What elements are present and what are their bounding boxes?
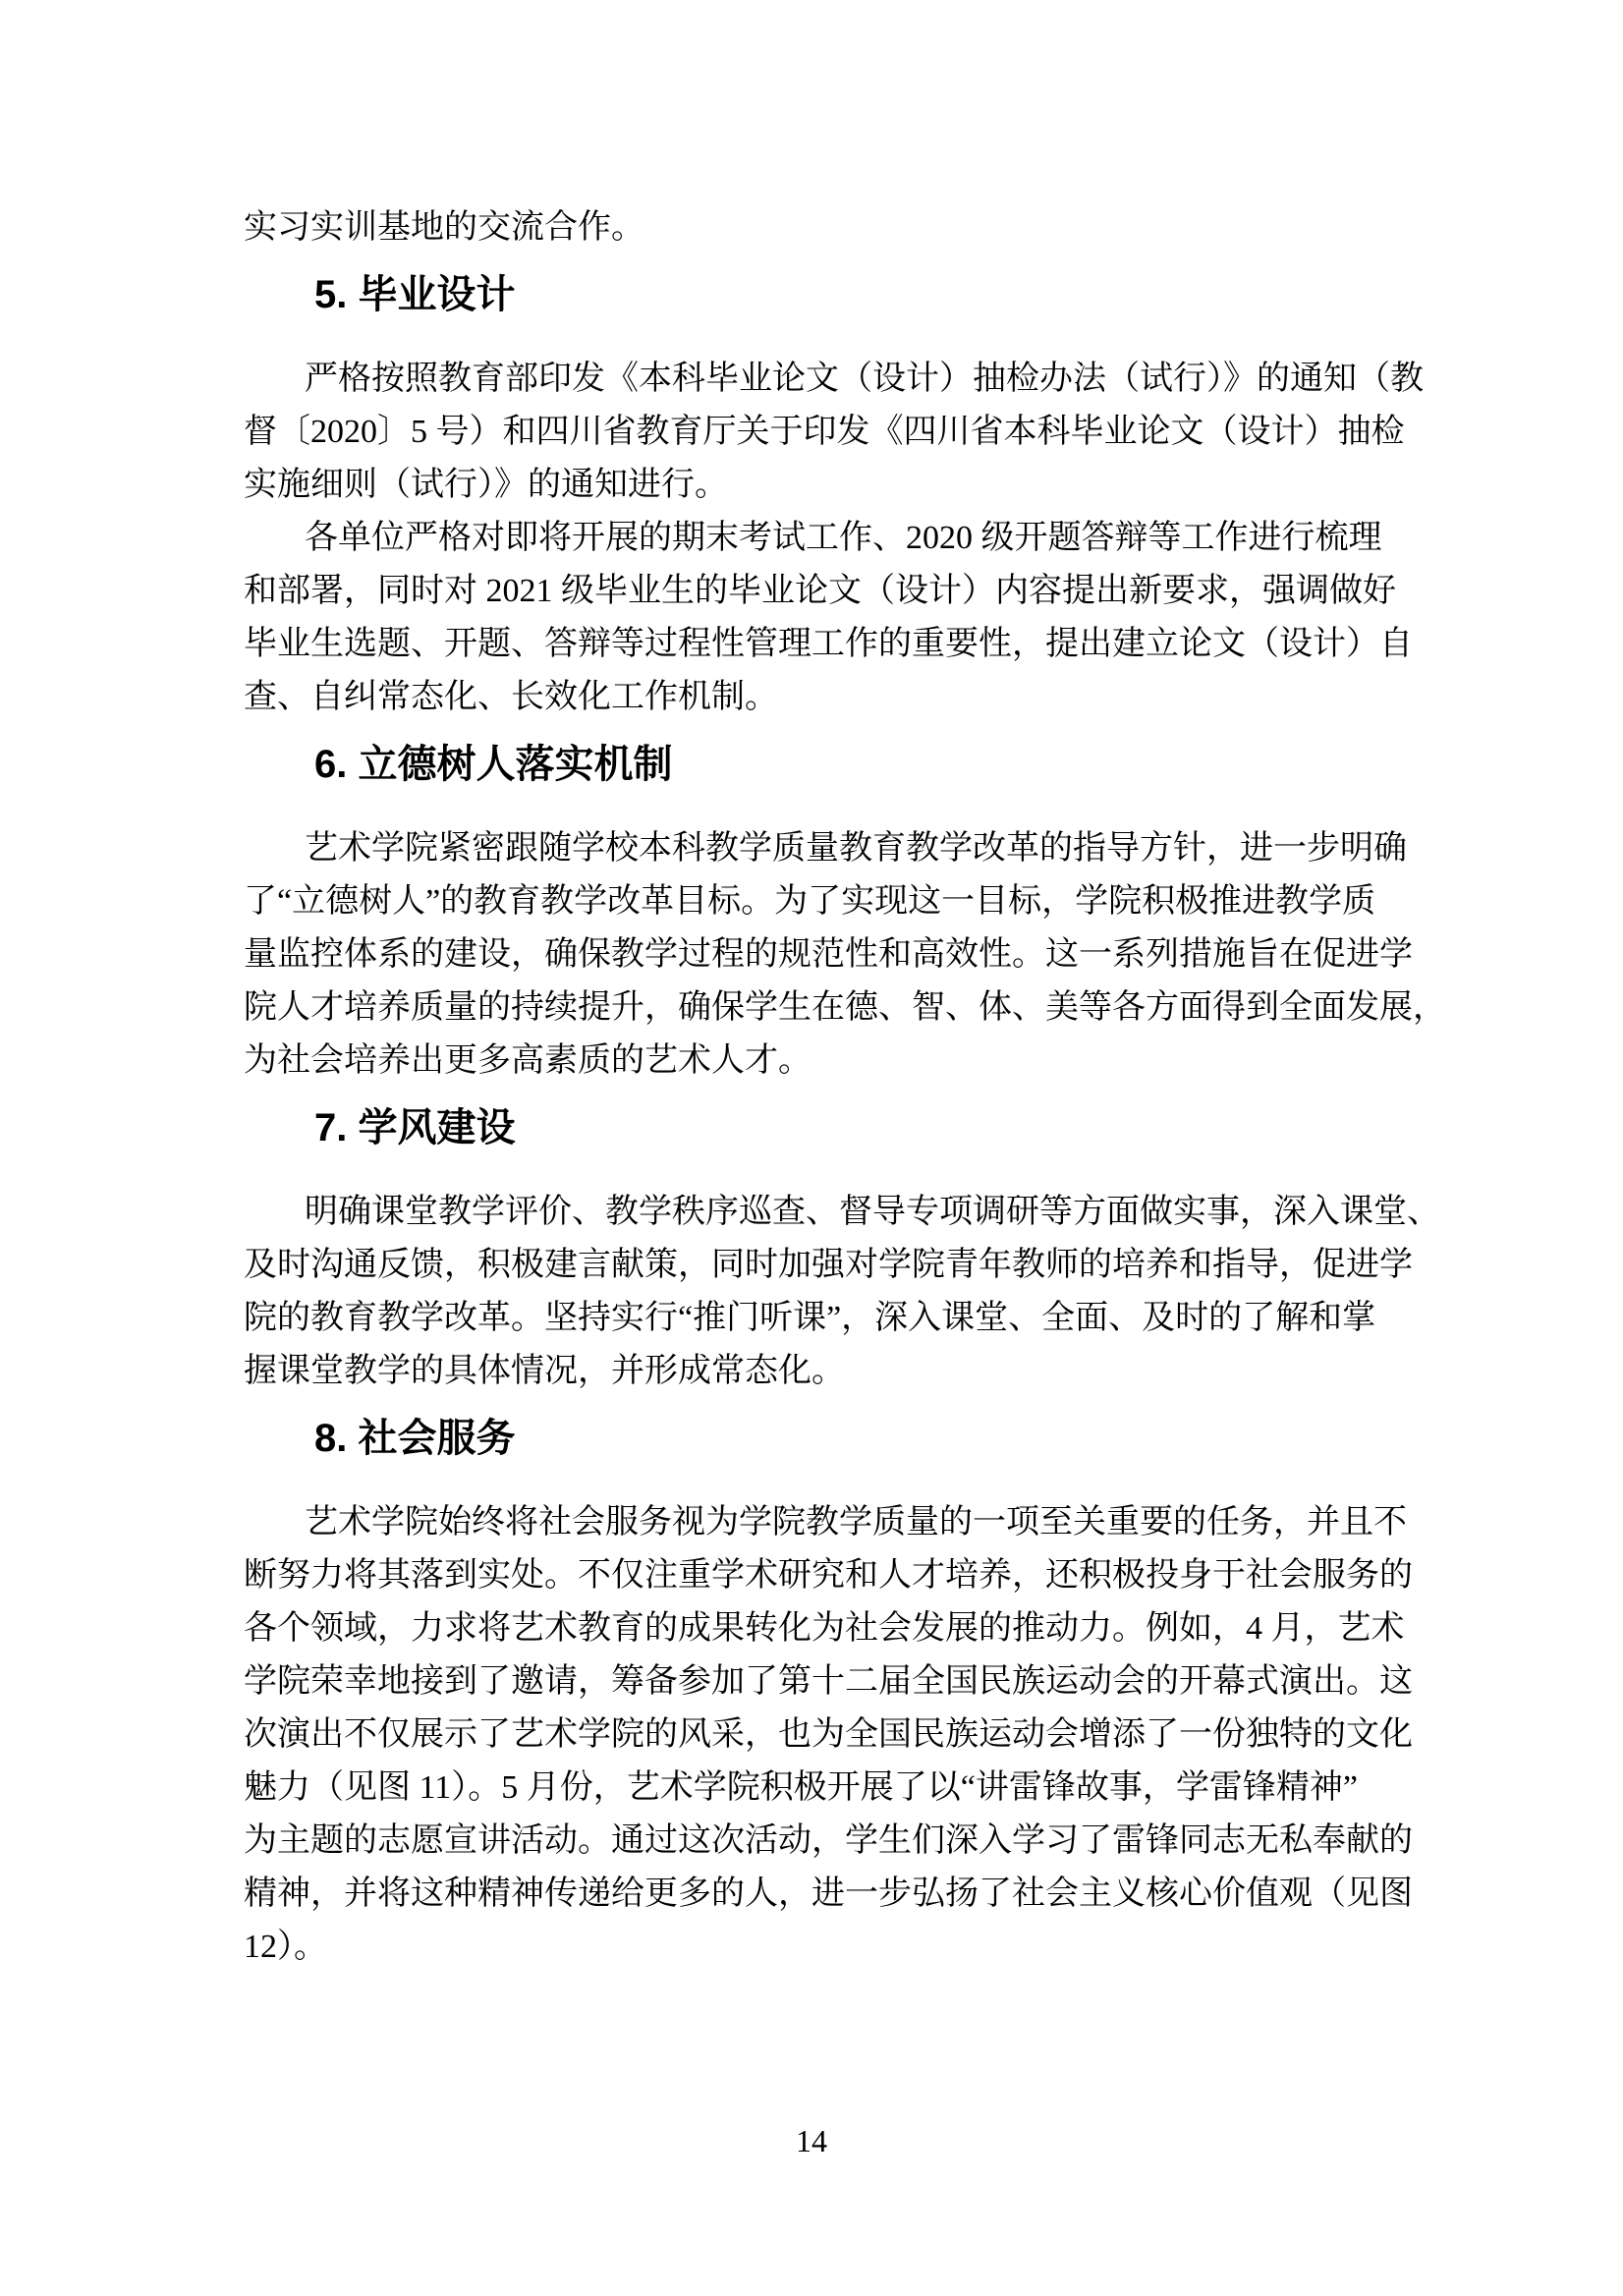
paragraph-line: 明确课堂教学评价、教学秩序巡查、督导专项调研等方面做实事，深入课堂、 xyxy=(244,1186,1423,1239)
paragraph-line: 艺术学院始终将社会服务视为学院教学质量的一项至关重要的任务，并且不 xyxy=(244,1496,1423,1549)
page-number: 14 xyxy=(0,2114,1623,2167)
sections-container: 5. 毕业设计严格按照教育部印发《本科毕业论文（设计）抽检办法（试行）》的通知（… xyxy=(244,268,1423,1974)
paragraph: 艺术学院紧密跟随学校本科教学质量教育教学改革的指导方针，进一步明确了“立德树人”… xyxy=(244,822,1423,1088)
paragraph-line: 断努力将其落到实处。不仅注重学术研究和人才培养，还积极投身于社会服务的 xyxy=(244,1549,1423,1602)
intro-continuation-line: 实习实训基地的交流合作。 xyxy=(244,201,1423,254)
paragraph-line: 为主题的志愿宣讲活动。通过这次活动，学生们深入学习了雷锋同志无私奉献的 xyxy=(244,1815,1423,1868)
paragraph-line: 魅力（见图 11）。5 月份，艺术学院积极开展了以“讲雷锋故事，学雷锋精神” xyxy=(244,1762,1423,1815)
paragraph-line: 和部署，同时对 2021 级毕业生的毕业论文（设计）内容提出新要求，强调做好 xyxy=(244,565,1423,618)
paragraph-line: 查、自纠常态化、长效化工作机制。 xyxy=(244,671,1423,724)
paragraph-line: 督〔2020〕5 号）和四川省教育厅关于印发《四川省本科毕业论文（设计）抽检 xyxy=(244,406,1423,459)
paragraph: 艺术学院始终将社会服务视为学院教学质量的一项至关重要的任务，并且不断努力将其落到… xyxy=(244,1496,1423,1974)
paragraph-line: 艺术学院紧密跟随学校本科教学质量教育教学改革的指导方针，进一步明确 xyxy=(244,822,1423,875)
paragraph-line: 毕业生选题、开题、答辩等过程性管理工作的重要性，提出建立论文（设计）自 xyxy=(244,618,1423,671)
section-heading-8: 8. 社会服务 xyxy=(244,1412,1423,1465)
paragraph-line: 量监控体系的建设，确保教学过程的规范性和高效性。这一系列措施旨在促进学 xyxy=(244,928,1423,981)
paragraph-line: 次演出不仅展示了艺术学院的风采，也为全国民族运动会增添了一份独特的文化 xyxy=(244,1708,1423,1762)
paragraph-line: 学院荣幸地接到了邀请，筹备参加了第十二届全国民族运动会的开幕式演出。这 xyxy=(244,1655,1423,1708)
paragraph-line: 院人才培养质量的持续提升，确保学生在德、智、体、美等各方面得到全面发展， xyxy=(244,981,1423,1035)
paragraph: 各单位严格对即将开展的期末考试工作、2020 级开题答辩等工作进行梳理和部署，同… xyxy=(244,512,1423,724)
paragraph-line: 各个领域，力求将艺术教育的成果转化为社会发展的推动力。例如，4 月，艺术 xyxy=(244,1602,1423,1655)
paragraph-line: 严格按照教育部印发《本科毕业论文（设计）抽检办法（试行）》的通知（教 xyxy=(244,353,1423,406)
paragraph-line: 为社会培养出更多高素质的艺术人才。 xyxy=(244,1035,1423,1088)
paragraph: 明确课堂教学评价、教学秩序巡查、督导专项调研等方面做实事，深入课堂、及时沟通反馈… xyxy=(244,1186,1423,1398)
document-page: 实习实训基地的交流合作。 5. 毕业设计严格按照教育部印发《本科毕业论文（设计）… xyxy=(0,0,1623,2296)
paragraph-line: 及时沟通反馈，积极建言献策，同时加强对学院青年教师的培养和指导，促进学 xyxy=(244,1239,1423,1292)
paragraph-line: 各单位严格对即将开展的期末考试工作、2020 级开题答辩等工作进行梳理 xyxy=(244,512,1423,565)
paragraph-line: 握课堂教学的具体情况，并形成常态化。 xyxy=(244,1345,1423,1398)
section-heading-5: 5. 毕业设计 xyxy=(244,268,1423,321)
paragraph-line: 精神，并将这种精神传递给更多的人，进一步弘扬了社会主义核心价值观（见图 xyxy=(244,1868,1423,1921)
section-heading-6: 6. 立德树人落实机制 xyxy=(244,738,1423,791)
paragraph: 严格按照教育部印发《本科毕业论文（设计）抽检办法（试行）》的通知（教督〔2020… xyxy=(244,353,1423,512)
document-content: 实习实训基地的交流合作。 5. 毕业设计严格按照教育部印发《本科毕业论文（设计）… xyxy=(244,201,1423,1974)
section-heading-7: 7. 学风建设 xyxy=(244,1101,1423,1154)
paragraph-line: 12）。 xyxy=(244,1921,1423,1974)
paragraph-line: 了“立德树人”的教育教学改革目标。为了实现这一目标，学院积极推进教学质 xyxy=(244,875,1423,928)
paragraph-line: 实施细则（试行）》的通知进行。 xyxy=(244,459,1423,512)
paragraph-line: 院的教育教学改革。坚持实行“推门听课”，深入课堂、全面、及时的了解和掌 xyxy=(244,1292,1423,1345)
